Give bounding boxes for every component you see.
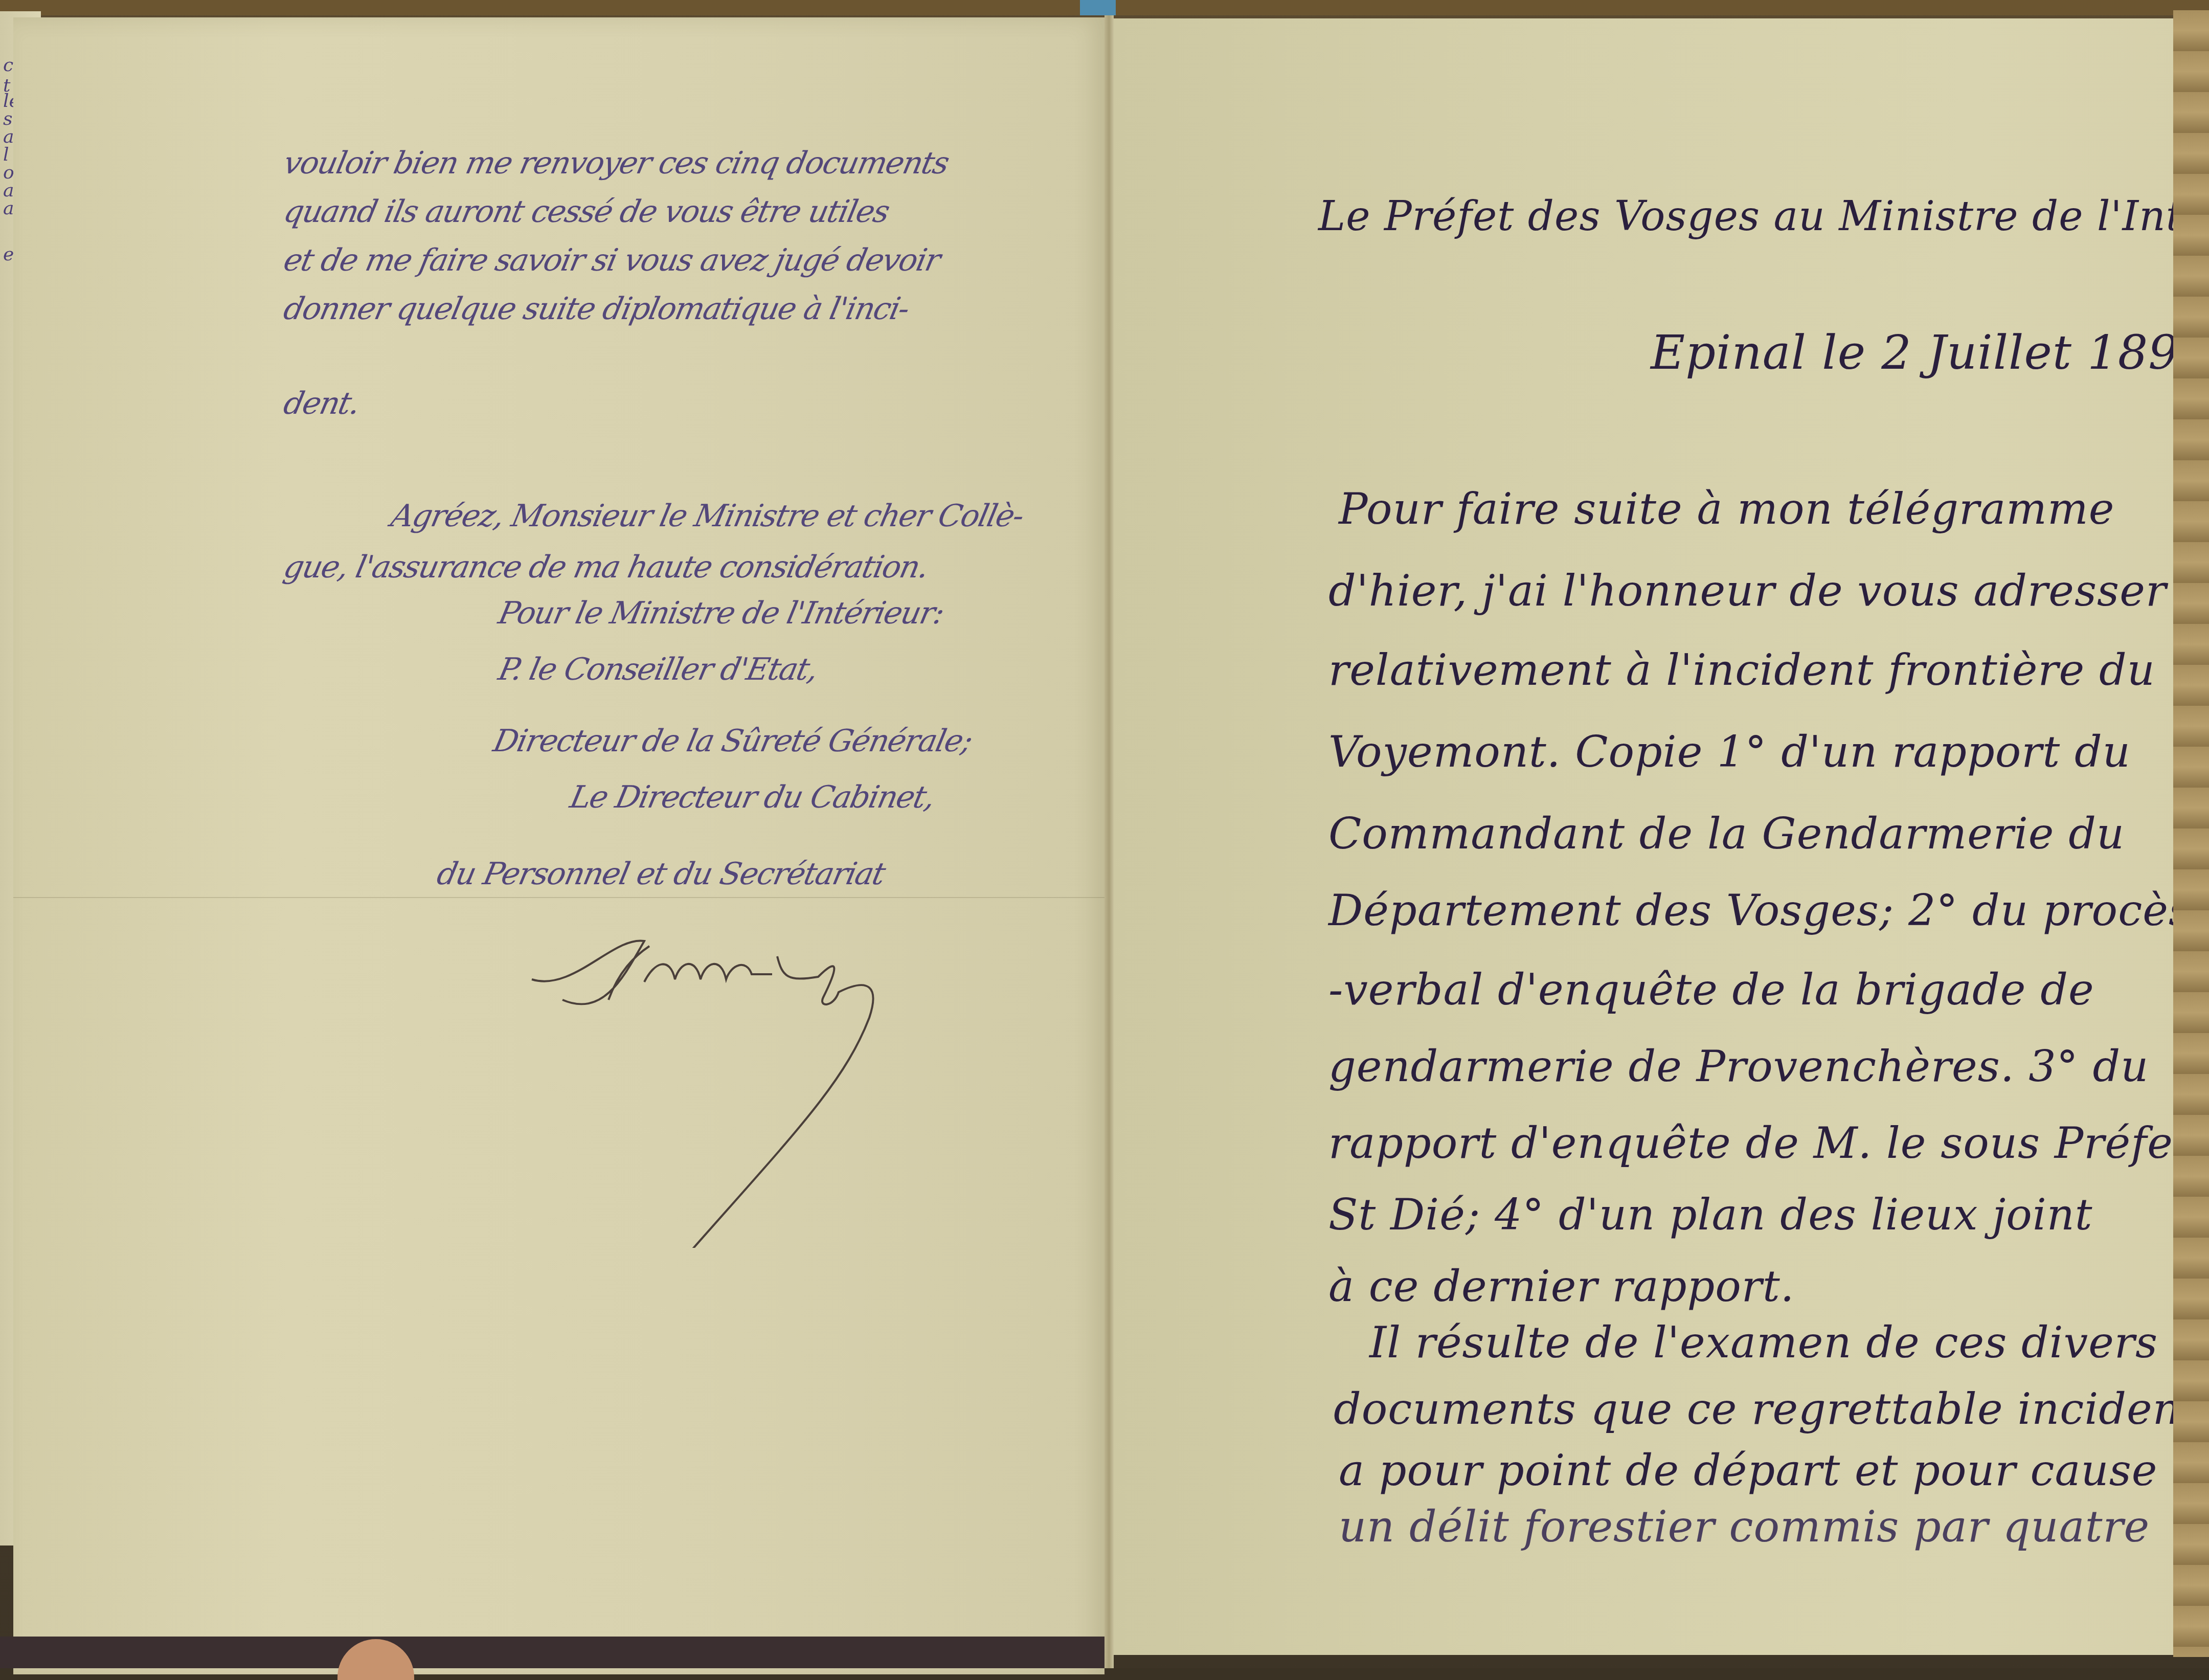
signature-block-line: P. le Conseiller d'Etat, bbox=[495, 652, 821, 687]
letter-body-line: un délit forestier commis par quatre bbox=[1339, 1502, 2150, 1552]
letter-line: quand ils auront cessé de vous être util… bbox=[281, 194, 892, 230]
underlying-pages-stack bbox=[2173, 10, 2209, 1657]
signature-block-line: du Personnel et du Secrétariat bbox=[434, 856, 888, 892]
left-page: vouloir bien me renvoyer ces cinq docume… bbox=[13, 17, 1104, 1668]
letter-body-line: St Dié; 4° d'un plan des lieux joint bbox=[1328, 1190, 2093, 1240]
binding-gutter bbox=[1104, 15, 1114, 1668]
letter-body-line: relativement à l'incident frontière du bbox=[1328, 645, 2155, 695]
closing-line: Agréez, Monsieur le Ministre et cher Col… bbox=[388, 498, 1027, 534]
letter-body-line: gendarmerie de Provenchères. 3° du bbox=[1328, 1041, 2149, 1091]
handwritten-signature bbox=[511, 915, 972, 1248]
letter-body-line: à ce dernier rapport. bbox=[1328, 1261, 1794, 1311]
page-fold-line bbox=[13, 897, 1104, 898]
letter-body-line: Pour faire suite à mon télégramme bbox=[1339, 484, 2114, 534]
letter-line: vouloir bien me renvoyer ces cinq docume… bbox=[281, 145, 952, 181]
letter-line: donner quelque suite diplomatique à l'in… bbox=[281, 291, 912, 327]
letter-body-line: Commandant de la Gendarmerie du bbox=[1328, 809, 2125, 859]
letter-body-line: Il résulte de l'examen de ces divers bbox=[1369, 1317, 2158, 1368]
letter-line: et de me faire savoir si vous avez jugé … bbox=[281, 242, 943, 278]
background-cloth bbox=[0, 1637, 1104, 1668]
signature-block-line: Le Directeur du Cabinet, bbox=[567, 779, 938, 815]
letter-body-line: d'hier, j'ai l'honneur de vous adresser bbox=[1328, 566, 2167, 616]
letter-heading: Le Préfet des Vosges au Ministre de l'In… bbox=[1318, 192, 2209, 240]
letter-body-line: Voyemont. Copie 1° d'un rapport du bbox=[1328, 727, 2131, 777]
letter-body-line: documents que ce regrettable incident bbox=[1334, 1384, 2199, 1434]
binder-tab bbox=[1080, 0, 1116, 15]
right-page: Le Préfet des Vosges au Ministre de l'In… bbox=[1114, 18, 2188, 1655]
photographed-open-file: c t le s a l o a a e vouloir bien me ren… bbox=[0, 0, 2209, 1668]
signature-block-line: Pour le Ministre de l'Intérieur: bbox=[495, 595, 947, 631]
letter-body-line: a pour point de départ et pour cause bbox=[1339, 1445, 2157, 1495]
letter-dateline: Epinal le 2 Juillet 1890. bbox=[1651, 325, 2209, 380]
letter-line: dent. bbox=[281, 386, 363, 421]
closing-line: gue, l'assurance de ma haute considérati… bbox=[281, 549, 932, 585]
letter-body-line: rapport d'enquête de M. le sous Préfet d… bbox=[1328, 1118, 2209, 1168]
letter-body-line: -verbal d'enquête de la brigade de bbox=[1328, 965, 2094, 1015]
signature-block-line: Directeur de la Sûreté Générale; bbox=[490, 723, 976, 759]
letter-body-line: Département des Vosges; 2° du procès bbox=[1328, 885, 2191, 935]
